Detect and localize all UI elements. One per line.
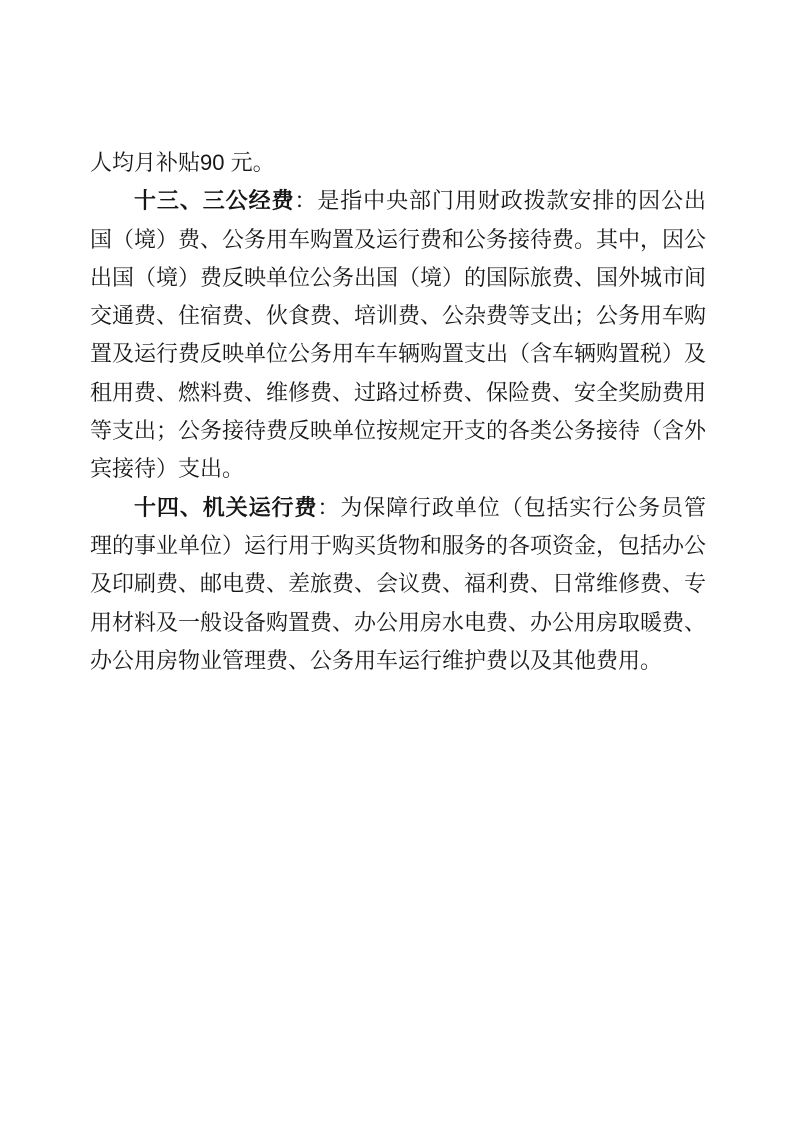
paragraph-continuation: 人均月补贴90 元。 [90, 144, 706, 182]
section-14-body: ：为保障行政单位（包括实行公务员管理的事业单位）运行用于购买货物和服务的各项资金… [90, 495, 706, 673]
document-page: 人均月补贴90 元。 十三、三公经费：是指中央部门用财政拨款安排的因公出国（境）… [0, 0, 800, 1132]
paragraph-section-13: 十三、三公经费：是指中央部门用财政拨款安排的因公出国（境）费、公务用车购置及运行… [90, 182, 706, 488]
section-13-heading: 十三、三公经费 [134, 188, 294, 213]
paragraph-text: 人均月补贴90 元。 [90, 150, 275, 175]
paragraph-section-14: 十四、机关运行费：为保障行政单位（包括实行公务员管理的事业单位）运行用于购买货物… [90, 489, 706, 680]
section-14-heading: 十四、机关运行费 [134, 495, 317, 520]
section-13-body: ：是指中央部门用财政拨款安排的因公出国（境）费、公务用车购置及运行费和公务接待费… [90, 188, 706, 481]
